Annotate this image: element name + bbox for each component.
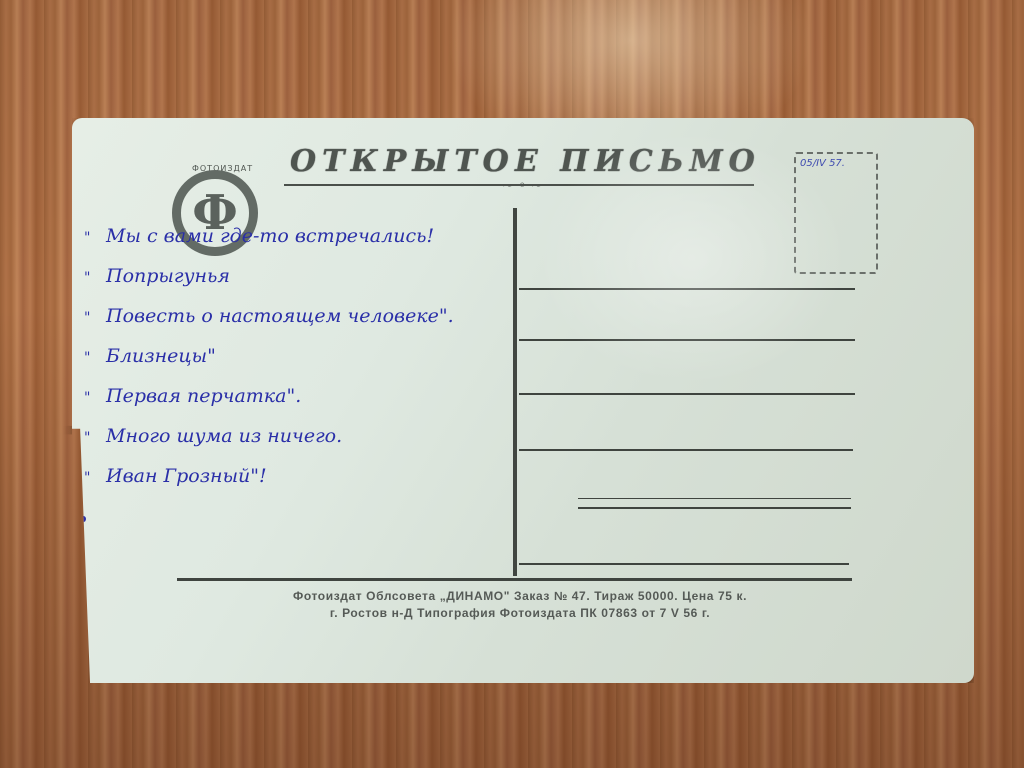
postcard: ФОТОИЗДАТ Ф ОТКРЫТОЕ ПИСЬМО ~ ◦ ~ 05/IV … xyxy=(72,118,974,683)
handwritten-film-list: "Мы с вами где-то встречались! "Попрыгун… xyxy=(84,216,534,496)
list-item: "Повесть о настоящем человеке". xyxy=(84,296,534,336)
list-item: "Иван Грозный"! xyxy=(84,456,534,496)
list-item: "Попрыгунья xyxy=(84,256,534,296)
address-line xyxy=(578,498,851,499)
stamp-placeholder-box: 05/IV 57. xyxy=(794,152,878,274)
flourish-ornament-icon: ~ ◦ ~ xyxy=(502,178,543,194)
bottom-rule xyxy=(177,578,852,581)
handwritten-date: 05/IV 57. xyxy=(800,158,845,169)
postcard-title: ОТКРЫТОЕ ПИСЬМО xyxy=(290,144,761,179)
list-item: "Много шума из ничего. xyxy=(84,416,534,456)
address-line xyxy=(519,563,849,565)
list-item: "Мы с вами где-то встречались! xyxy=(84,216,534,256)
address-line xyxy=(578,507,851,509)
address-line xyxy=(519,393,855,395)
imprint-line-2: г. Ростов н-Д Типография Фотоиздата ПК 0… xyxy=(180,605,860,622)
address-line xyxy=(519,339,855,341)
list-item: "Близнецы" xyxy=(84,336,534,376)
publisher-imprint: Фотоиздат Облсовета „ДИНАМО" Заказ № 47.… xyxy=(180,588,860,622)
address-line xyxy=(519,449,853,451)
list-item: "Первая перчатка". xyxy=(84,376,534,416)
address-line xyxy=(519,288,855,290)
imprint-line-1: Фотоиздат Облсовета „ДИНАМО" Заказ № 47.… xyxy=(180,588,860,605)
vertical-divider xyxy=(513,208,517,576)
